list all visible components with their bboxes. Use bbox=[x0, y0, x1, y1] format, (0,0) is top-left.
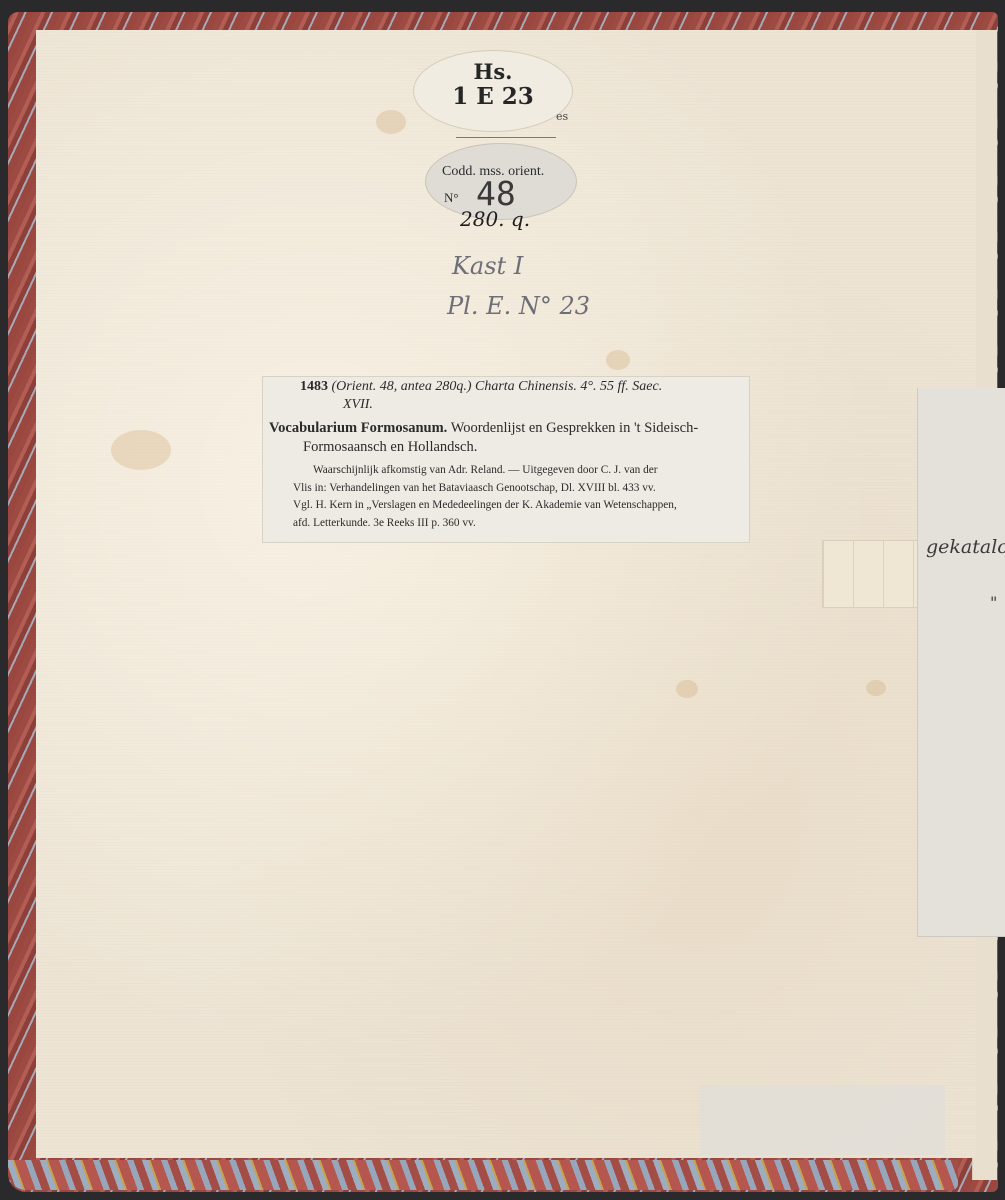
stain bbox=[676, 680, 698, 698]
faint-grid-fragment bbox=[822, 540, 918, 608]
note-line: Vgl. H. Kern in „Verslagen en Mededeelin… bbox=[293, 497, 747, 515]
handwritten-old-number: 280. q. bbox=[460, 207, 530, 231]
stain bbox=[111, 430, 171, 470]
entry-reference: (Orient. 48, antea 280q.) bbox=[332, 379, 472, 394]
entry-number: 1483 bbox=[300, 379, 328, 394]
catalog-slip: 1483 (Orient. 48, antea 280q.) Charta Ch… bbox=[262, 376, 750, 543]
note-line: afd. Letterkunde. 3e Reeks III p. 360 vv… bbox=[293, 515, 747, 533]
marbled-cover-bottom-edge bbox=[8, 1160, 958, 1190]
stain bbox=[866, 680, 886, 696]
divider bbox=[456, 137, 556, 138]
note-line: Waarschijnlijk afkomstig van Adr. Reland… bbox=[293, 462, 747, 480]
side-sheet-ditto: " bbox=[990, 593, 997, 612]
handwritten-kast: Kast I bbox=[452, 252, 523, 280]
entry-title: Vocabularium Formosanum. Woordenlijst en… bbox=[269, 420, 698, 437]
entry-title-line2: Formosaansch en Hollandsch. bbox=[303, 439, 477, 456]
shelfmark-label: Hs. 1 E 23 bbox=[413, 50, 573, 132]
entry-notes: Waarschijnlijk afkomstig van Adr. Reland… bbox=[293, 462, 747, 532]
entry-description: Charta Chinensis. 4°. 55 ff. Saec. bbox=[475, 379, 662, 394]
entry-title-rest: Woordenlijst en Gesprekken in 't Sideisc… bbox=[451, 420, 699, 436]
shelfmark-line1: Hs. bbox=[414, 59, 572, 84]
slip-header: 1483 (Orient. 48, antea 280q.) Charta Ch… bbox=[300, 379, 662, 395]
entry-century: XVII. bbox=[343, 397, 373, 413]
note-line: Vlis in: Verhandelingen van het Bataviaa… bbox=[293, 480, 747, 498]
stain bbox=[606, 350, 630, 370]
codd-number-prefix: N° bbox=[444, 190, 459, 206]
stain bbox=[376, 110, 406, 134]
label-fragment: es bbox=[556, 110, 568, 123]
side-sheet-handwriting: gekatalo bbox=[926, 536, 1005, 558]
blue-paper-strip bbox=[700, 1085, 945, 1155]
entry-title-bold: Vocabularium Formosanum. bbox=[269, 420, 447, 436]
handwritten-location: Pl. E. N° 23 bbox=[447, 292, 590, 320]
inserted-side-sheet: gekatalo " bbox=[917, 388, 1005, 937]
shelfmark-line2: 1 E 23 bbox=[414, 83, 572, 110]
